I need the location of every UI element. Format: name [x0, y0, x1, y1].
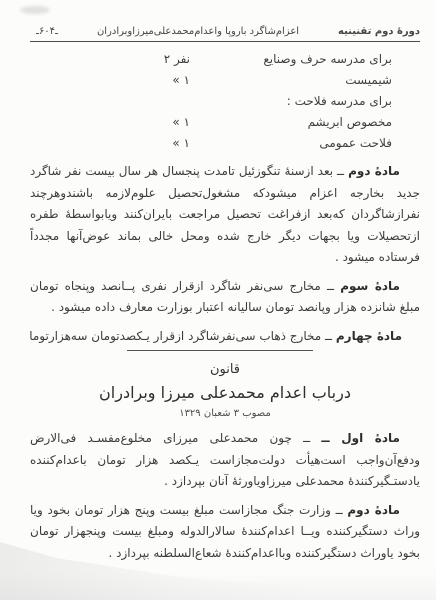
article-title: مادهٔ دوم	[348, 164, 400, 178]
item-label: مخصوص ابریشم	[308, 115, 392, 129]
law-kicker: قانون	[30, 360, 420, 380]
article-law1-2: مادهٔ دوم ــ بعد ازسنهٔ تنگوزئیل تامدت پ…	[30, 161, 420, 269]
scan-shadow-artifact	[0, 572, 436, 600]
allocation-list: برای مدرسه حرف وصنایع ۲ نفر شیمیست « ۱ ب…	[30, 49, 420, 154]
item-count: ۲ نفر	[164, 49, 190, 70]
list-item: فلاحت عمومی « ۱	[30, 133, 420, 154]
document-page: دورهٔ دوم تقنینیه اعزام‌شاگرد باروپا واع…	[0, 0, 436, 600]
item-count: « ۱	[172, 112, 190, 133]
article-body: ــ مخارج ذهاب سی‌نفرشاگرد ازقرار یـکصدتو…	[30, 329, 332, 343]
scan-smudge-artifact	[20, 6, 50, 14]
article-title: مادهٔ دوم	[347, 503, 400, 517]
header-rule	[30, 41, 420, 42]
section-separator-rule	[127, 350, 313, 351]
article-law1-3: مادهٔ سوم ــ مخارج سی‌نفر شاگرد ازقرار ن…	[30, 276, 420, 319]
running-title: اعزام‌شاگرد باروپا واعدام‌محمدعلی‌میرزاو…	[97, 26, 299, 37]
law-approval-date: مصوب ۳ شعبان ۱۳۲۹	[30, 406, 420, 421]
law-heading: قانون درباب اعدام محمدعلی میرزا وبرادران…	[30, 360, 420, 421]
page-number: ـ۶۰۴ـ	[30, 26, 58, 37]
page-header: دورهٔ دوم تقنینیه اعزام‌شاگرد باروپا واع…	[30, 26, 420, 37]
legislative-period-label: دورهٔ دوم تقنینیه	[338, 26, 420, 37]
article-body: ــ بعد ازسنهٔ تنگوزئیل تامدت پنجسال هر س…	[30, 164, 420, 264]
item-count: « ۱	[172, 70, 190, 91]
list-item: مخصوص ابریشم « ۱	[30, 112, 420, 133]
list-item: برای مدرسه حرف وصنایع ۲ نفر	[30, 49, 420, 70]
list-item: شیمیست « ۱	[30, 70, 420, 91]
page-content: دورهٔ دوم تقنینیه اعزام‌شاگرد باروپا واع…	[30, 26, 420, 564]
list-item: برای مدرسه فلاحت :	[30, 91, 420, 112]
article-law2-2: مادهٔ دوم ــ وزارت جنگ مجازاست مبلغ بیست…	[30, 500, 420, 565]
article-law2-1: مادهٔ اول ــ ــ چون محمدعلی میرزای مخلوع…	[30, 428, 420, 493]
article-title: مادهٔ اول ــ	[321, 431, 400, 445]
article-title: مادهٔ سوم	[340, 279, 400, 293]
article-title: مادهٔ چهارم	[336, 329, 402, 343]
item-label: برای مدرسه حرف وصنایع	[263, 52, 392, 66]
item-label: فلاحت عمومی	[319, 136, 392, 150]
item-label: برای مدرسه فلاحت :	[287, 94, 392, 108]
item-count: « ۱	[172, 133, 190, 154]
item-label: شیمیست	[345, 73, 392, 87]
law-title: درباب اعدام محمدعلی میرزا وبرادران	[30, 380, 420, 406]
article-law1-4: مادهٔ چهارم ــ مخارج ذهاب سی‌نفرشاگرد از…	[30, 326, 420, 348]
